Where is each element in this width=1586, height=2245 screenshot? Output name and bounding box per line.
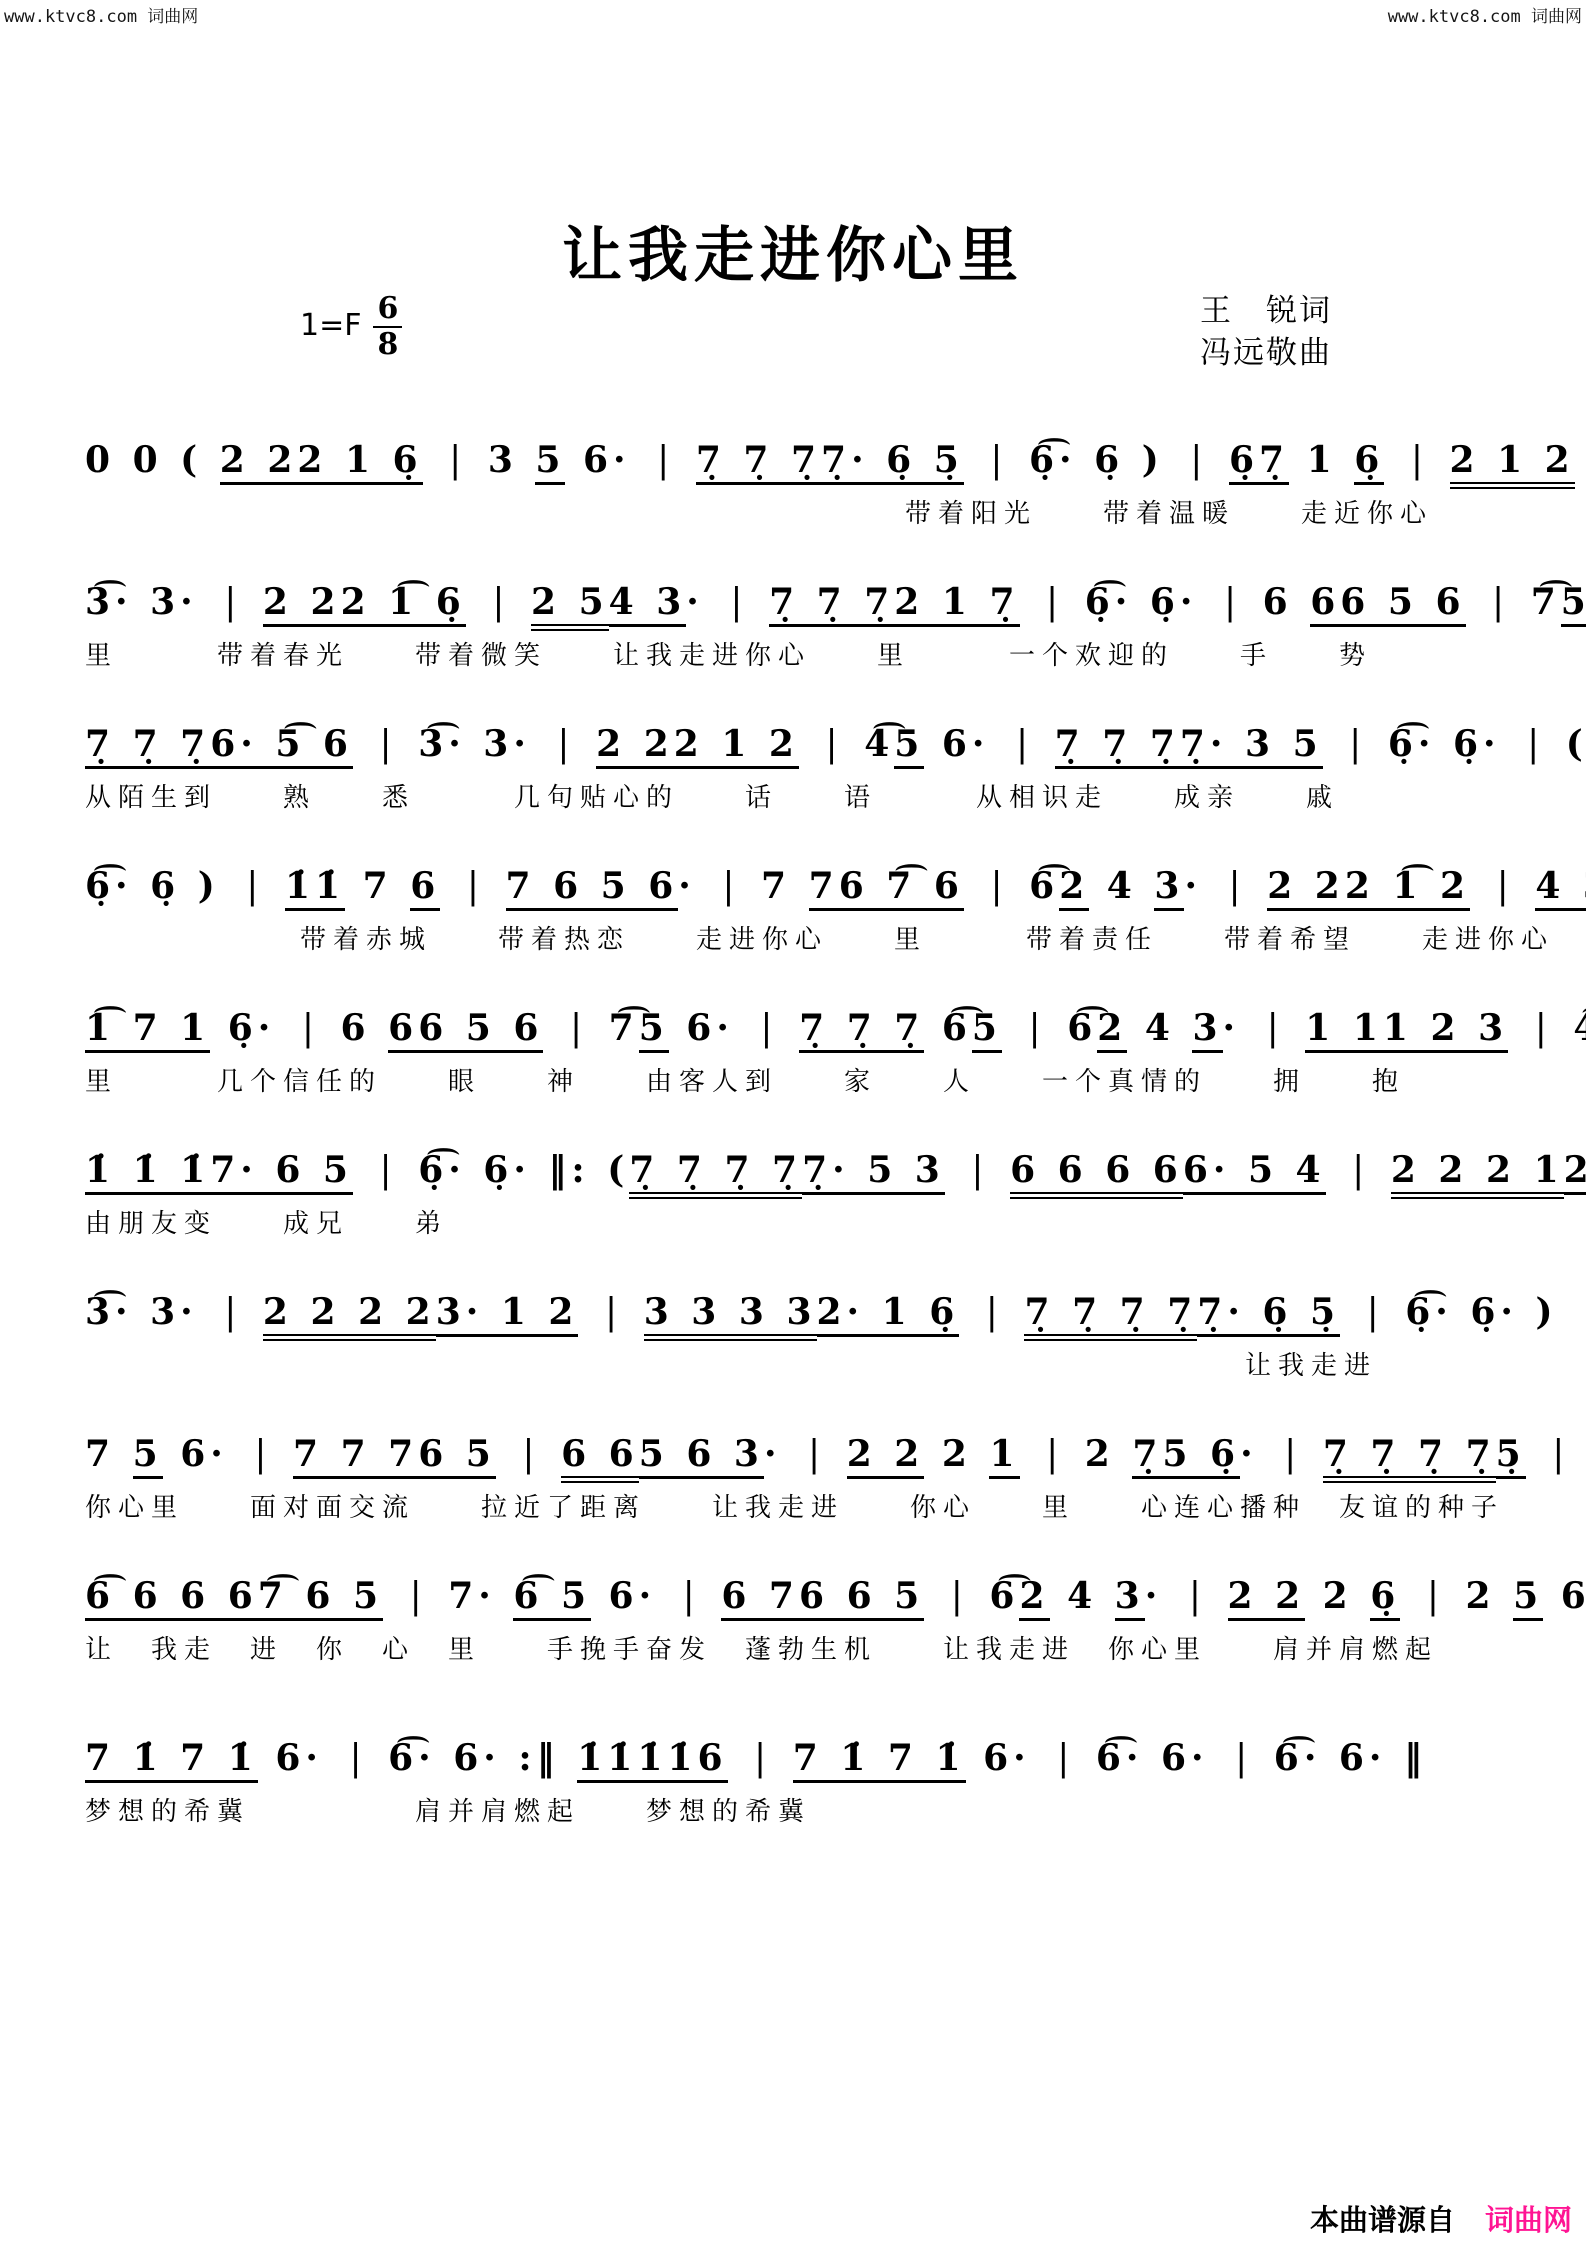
system-6: 1̇ 1̇ 1̇7· 6 5 | 6̣͡· 6̣· ‖: (7̣ 7̣ 7̣ 7…	[85, 1138, 1485, 1245]
lyrics-line-4: 带着赤城 带着热恋 走进你心 里 带着责任 带着希望 走进你心	[85, 919, 1485, 961]
composer-credit: 冯远敬曲	[1200, 335, 1332, 371]
time-signature-denominator: 8	[373, 326, 402, 362]
key-signature: 1=F 6 8	[300, 292, 402, 362]
notation-line-10: 7 1̇ 7 1̇ 6· | 6͡· 6· :‖ 1̇1̇1̇1̇6 | 7 1…	[85, 1726, 1485, 1791]
watermark-top-right: www.ktvc8.com 词曲网	[1388, 2, 1582, 27]
lyrics-line-2: 里 带着春光 带着微笑 让我走进你心 里 一个欢迎的 手 势	[85, 635, 1485, 677]
lyrics-line-8: 你心里 面对面交流 拉近了距离 让我走进 你心 里 心连心播种 友谊的种子	[85, 1487, 1485, 1529]
lyrics-line-9: 让 我走 进 你 心 里 手挽手奋发 蓬勃生机 让我走进 你心里 肩并肩燃起	[85, 1629, 1485, 1671]
system-8: 7 5 6· | 7 7 76 5 | 6 65 6 3· | 2 2 2 1 …	[85, 1422, 1485, 1529]
key-label: 1=F	[300, 292, 361, 343]
lyrics-line-10: 梦想的希冀 肩并肩燃起 梦想的希冀	[85, 1791, 1485, 1833]
notation-line-5: 1͡ 7 1 6̣· | 6 66 5 6 | 7͡5 6· | 7̣ 7̣ 7…	[85, 996, 1485, 1061]
footer-attribution: 本曲谱源自 词曲网	[1310, 2198, 1572, 2239]
time-signature: 6 8	[373, 292, 402, 362]
lyrics-line-3: 从陌生到 熟 悉 几句贴心的 话 语 从相识走 成亲 戚	[85, 777, 1485, 819]
lyricist-credit: 王 锐词	[1200, 293, 1332, 329]
lyrics-line-1: 带着阳光 带着温暖 走近你心	[85, 493, 1485, 535]
system-10: 7 1̇ 7 1̇ 6· | 6͡· 6· :‖ 1̇1̇1̇1̇6 | 7 1…	[85, 1726, 1485, 1833]
system-3: 7̣ 7̣ 7̣6· 5͡ 6 | 3͡· 3· | 2 22 1 2 | 4͡…	[85, 712, 1485, 819]
notation-line-7: 3͡· 3· | 2 2 2 23· 1 2 | 3 3 3 32· 1 6̣ …	[85, 1280, 1485, 1345]
notation-line-3: 7̣ 7̣ 7̣6· 5͡ 6 | 3͡· 3· | 2 22 1 2 | 4͡…	[85, 712, 1485, 777]
score-body: 0 0 ( 2 22 1 6̣ | 3 5 6· | 7̣ 7̣ 7̣7̣· 6…	[85, 428, 1485, 1868]
watermark-top-left: www.ktvc8.com 词曲网	[4, 2, 198, 27]
lyrics-line-7: 让我走进	[85, 1345, 1485, 1387]
notation-line-2: 3͡· 3· | 2 22 1͡ 6̣ | 2 54 3· | 7̣ 7̣ 7̣…	[85, 570, 1485, 635]
footer-source-text: 本曲谱源自	[1310, 2198, 1455, 2239]
sheet-music-page: www.ktvc8.com 词曲网 www.ktvc8.com 词曲网 让我走进…	[0, 0, 1586, 2245]
notation-line-8: 7 5 6· | 7 7 76 5 | 6 65 6 3· | 2 2 2 1 …	[85, 1422, 1485, 1487]
credits: 王 锐词冯远敬曲	[1200, 290, 1332, 374]
system-1: 0 0 ( 2 22 1 6̣ | 3 5 6· | 7̣ 7̣ 7̣7̣· 6…	[85, 428, 1485, 535]
lyrics-line-5: 里 几个信任的 眼 神 由客人到 家 人 一个真情的 拥 抱	[85, 1061, 1485, 1103]
system-9: 6͡ 6 6 67͡ 6 5 | 7· 6͡ 5 6· | 6 76 6 5 |…	[85, 1564, 1485, 1671]
system-2: 3͡· 3· | 2 22 1͡ 6̣ | 2 54 3· | 7̣ 7̣ 7̣…	[85, 570, 1485, 677]
footer-site-name: 词曲网	[1485, 2198, 1572, 2239]
time-signature-numerator: 6	[377, 292, 398, 326]
notation-line-6: 1̇ 1̇ 1̇7· 6 5 | 6̣͡· 6̣· ‖: (7̣ 7̣ 7̣ 7…	[85, 1138, 1485, 1203]
system-7: 3͡· 3· | 2 2 2 23· 1 2 | 3 3 3 32· 1 6̣ …	[85, 1280, 1485, 1387]
song-title: 让我走进你心里	[0, 208, 1586, 294]
lyrics-line-6: 由朋友变 成兄 弟	[85, 1203, 1485, 1245]
notation-line-9: 6͡ 6 6 67͡ 6 5 | 7· 6͡ 5 6· | 6 76 6 5 |…	[85, 1564, 1485, 1629]
notation-line-1: 0 0 ( 2 22 1 6̣ | 3 5 6· | 7̣ 7̣ 7̣7̣· 6…	[85, 428, 1485, 493]
system-4: 6̣͡· 6̣ ) | 1̇1̇ 7 6 | 7 6 5 6· | 7 76 7…	[85, 854, 1485, 961]
system-5: 1͡ 7 1 6̣· | 6 66 5 6 | 7͡5 6· | 7̣ 7̣ 7…	[85, 996, 1485, 1103]
notation-line-4: 6̣͡· 6̣ ) | 1̇1̇ 7 6 | 7 6 5 6· | 7 76 7…	[85, 854, 1485, 919]
